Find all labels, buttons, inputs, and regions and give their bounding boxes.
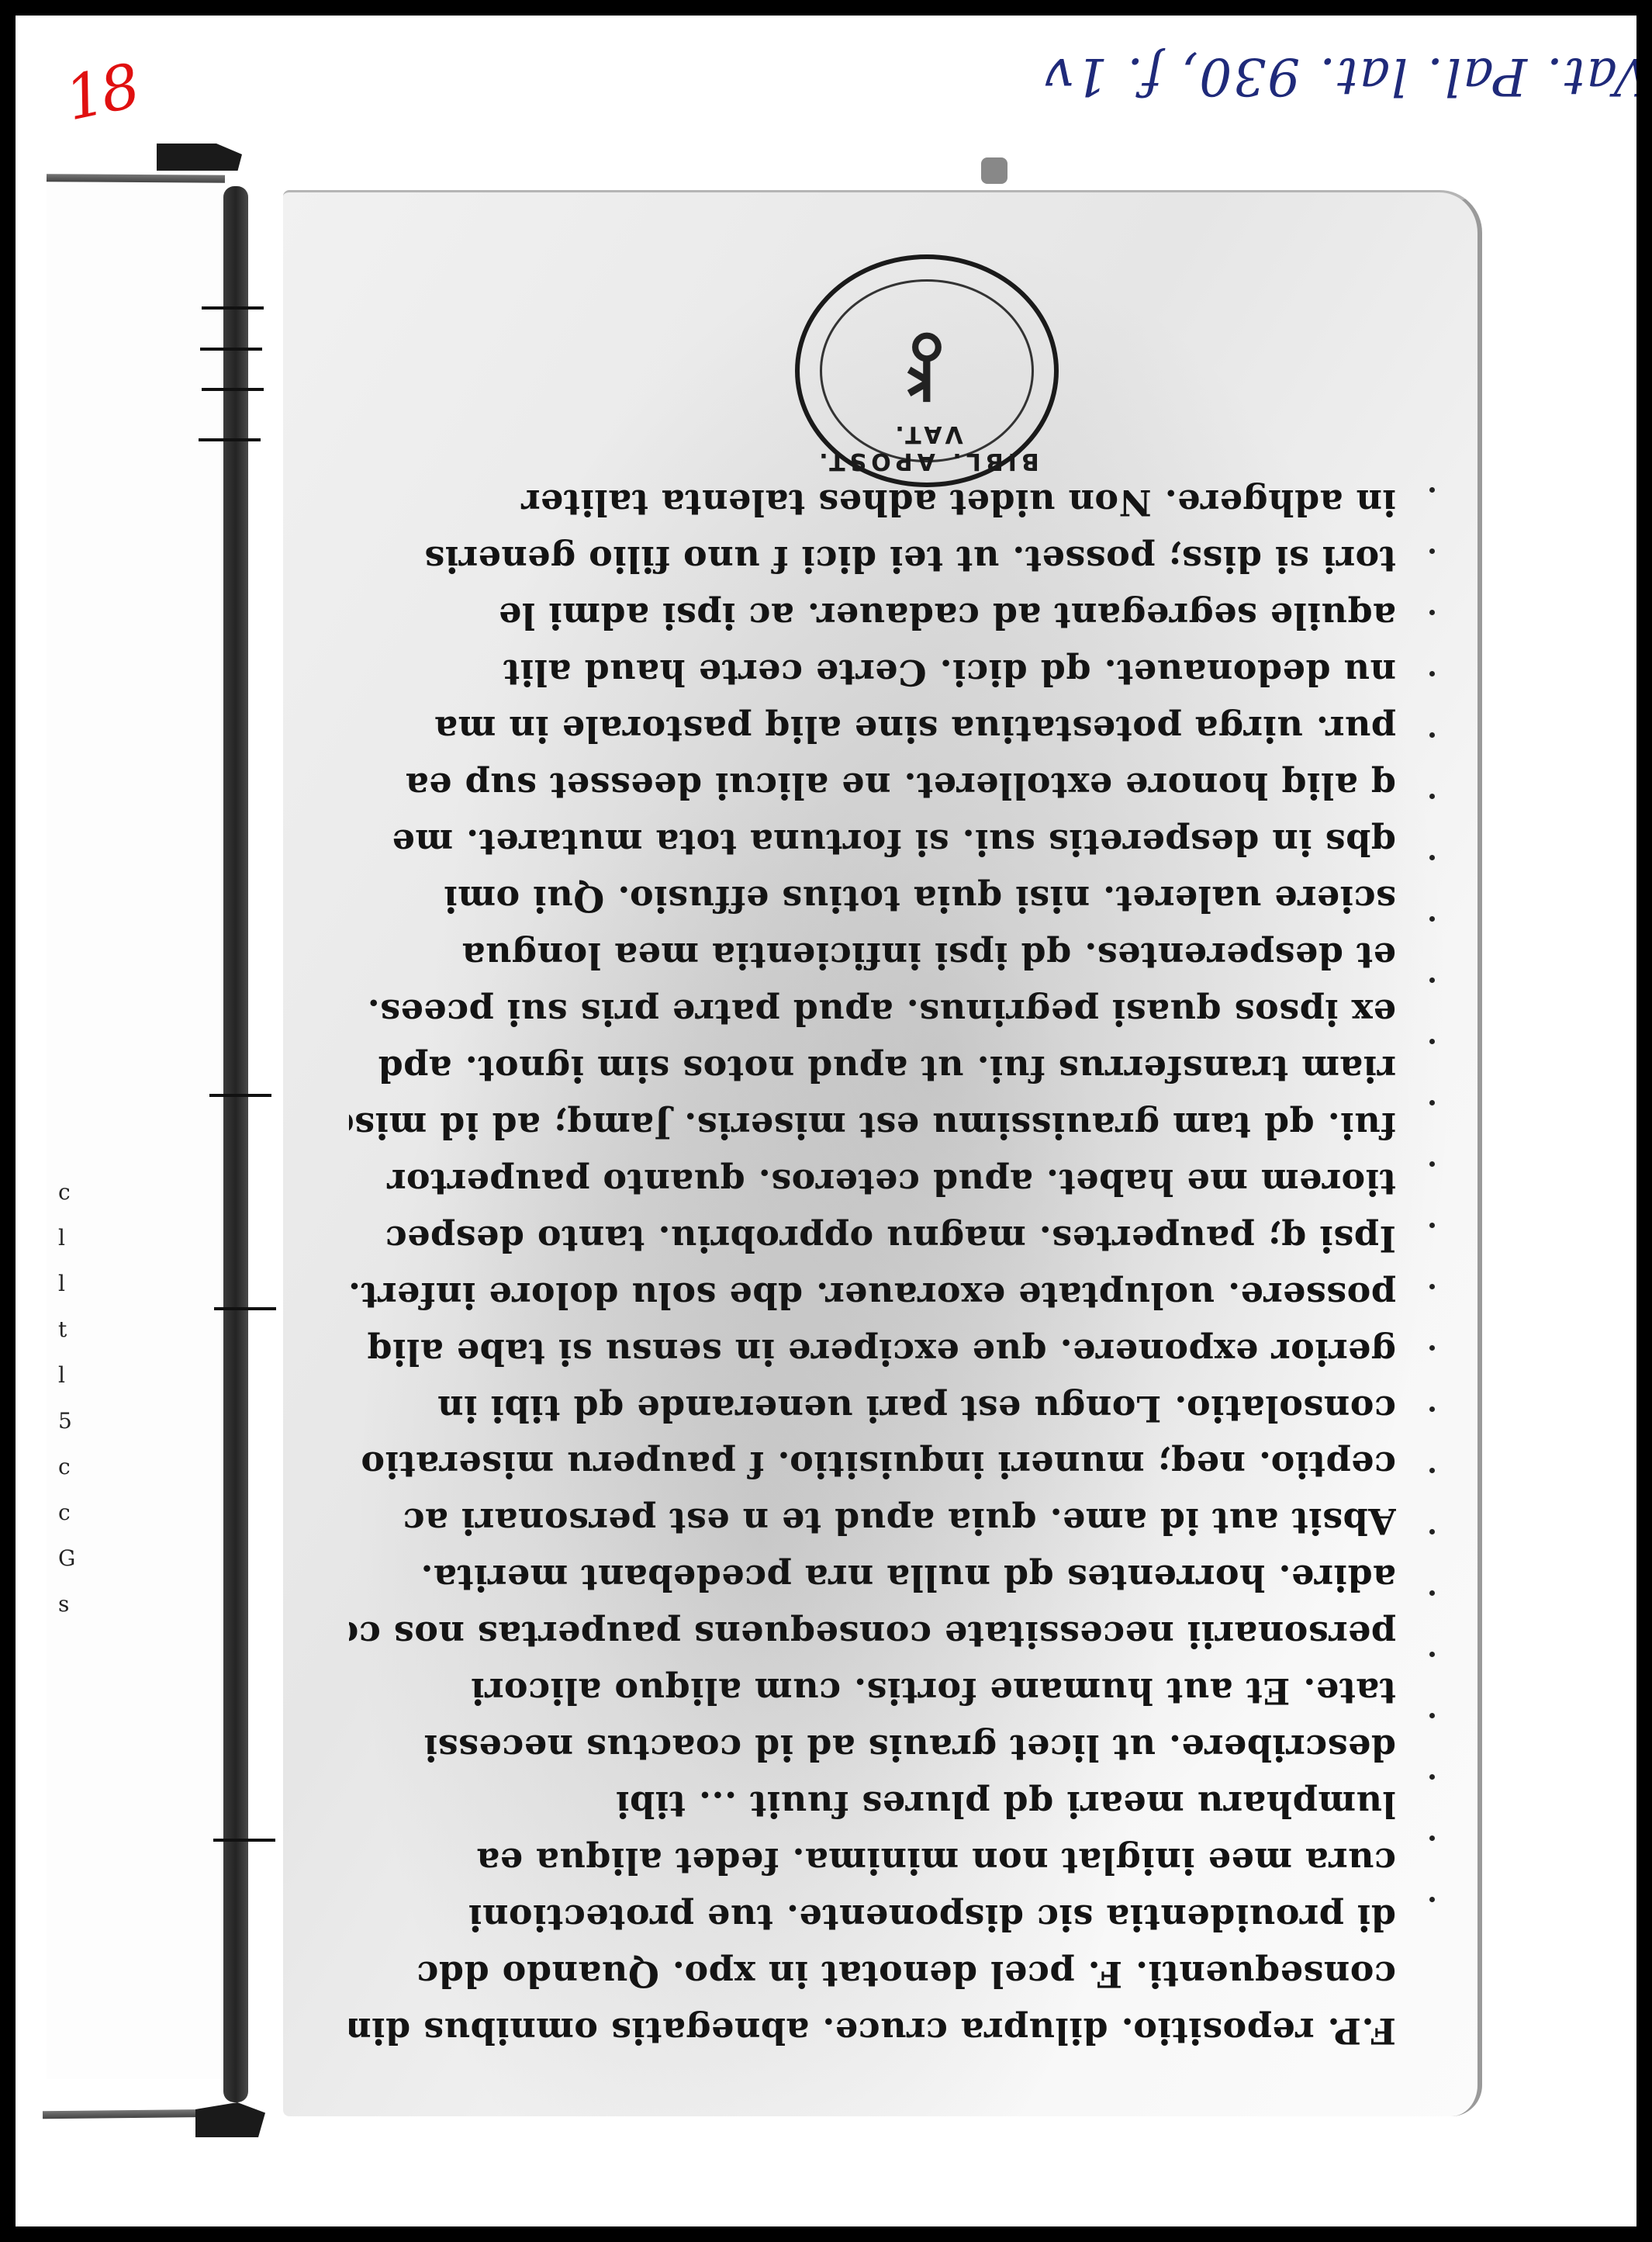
margin-mark: c bbox=[58, 1179, 81, 1205]
prick-mark bbox=[1429, 1223, 1435, 1228]
prick-mark bbox=[1429, 1161, 1435, 1167]
sewing-thread bbox=[200, 348, 262, 351]
text-line: F.P. repositio. dilupra cruce. abnegatis… bbox=[349, 2008, 1396, 2054]
prick-mark bbox=[1429, 610, 1435, 615]
left-margin-marks: c l l t l 5 c c G s bbox=[58, 1179, 81, 1617]
prick-mark bbox=[1429, 1774, 1435, 1780]
prick-mark bbox=[1429, 1835, 1435, 1841]
prick-mark bbox=[1429, 487, 1435, 493]
sewing-thread bbox=[199, 438, 261, 441]
margin-mark: s bbox=[58, 1591, 81, 1617]
facing-leaf bbox=[47, 178, 229, 2079]
prick-mark bbox=[1429, 1590, 1435, 1596]
text-line: riam transferrus fui. ut apud notos sim … bbox=[349, 1046, 1396, 1092]
text-line: pur. uirga potestatiua sine aliq pastora… bbox=[349, 706, 1396, 753]
text-line: personarii necessitate consequens pauper… bbox=[349, 1611, 1396, 1658]
crossed-keys-icon: ⚷ bbox=[896, 321, 959, 420]
prick-mark bbox=[1429, 794, 1435, 799]
binding-clasp-bottom bbox=[195, 2102, 265, 2137]
prick-mark bbox=[1429, 977, 1435, 983]
text-line: adire. horrentes qd nulla nra pcedebant … bbox=[349, 1555, 1396, 1601]
text-line: ex ipsos quasi pegrinus. apud patre pris… bbox=[349, 989, 1396, 1036]
binding-spine bbox=[223, 186, 248, 2102]
prick-mark bbox=[1429, 671, 1435, 676]
text-line: et desperentes. qd ipsi inficientia mea … bbox=[349, 932, 1396, 979]
sewing-thread bbox=[213, 1839, 275, 1842]
prick-mark bbox=[1429, 1406, 1435, 1412]
prick-mark bbox=[1429, 732, 1435, 738]
binding-clasp-top bbox=[157, 144, 242, 171]
text-line: ceptio. neq; muneri inquisitio. f pauper… bbox=[349, 1441, 1396, 1488]
sewing-thread bbox=[202, 388, 264, 391]
manuscript-text-block: F.P. repositio. dilupra cruce. abnegatis… bbox=[349, 479, 1396, 2054]
text-line: di prouidentia sic disponente. tue prote… bbox=[349, 1894, 1396, 1941]
text-line: tori si diss; posset. ut tei dici f uno … bbox=[349, 536, 1396, 583]
prick-mark bbox=[1429, 1713, 1435, 1718]
text-line: cura mee iniglat non minima. fedet aliqu… bbox=[349, 1838, 1396, 1884]
margin-mark: c bbox=[58, 1500, 81, 1525]
prick-mark bbox=[1429, 916, 1435, 922]
text-line: gerior exponere. que excipere in sensu s… bbox=[349, 1329, 1396, 1375]
prick-mark bbox=[1429, 548, 1435, 554]
prick-mark bbox=[1429, 1652, 1435, 1657]
text-line: Absit aut id ame. quia apud te n est per… bbox=[349, 1498, 1396, 1545]
text-line: possere. uoluptate exorauer. dbe solu do… bbox=[349, 1272, 1396, 1319]
prick-mark bbox=[1429, 1897, 1435, 1902]
manuscript-leaf: BIBL. APOST. VAT. ⚷ bbox=[283, 190, 1482, 2116]
text-line: tate. Et aut humane fortis. cum aliquo a… bbox=[349, 1668, 1396, 1714]
binding-board-bottom bbox=[43, 2109, 221, 2119]
prick-mark bbox=[1429, 1529, 1435, 1534]
sewing-thread bbox=[214, 1307, 276, 1310]
prick-mark bbox=[1429, 1039, 1435, 1044]
page-tab bbox=[981, 157, 1007, 184]
folio-number-annotation: 18 bbox=[60, 51, 143, 134]
text-line: describere. ut licet grauis ad id coactu… bbox=[349, 1725, 1396, 1771]
margin-mark: l bbox=[58, 1225, 81, 1251]
margin-mark: l bbox=[58, 1362, 81, 1388]
prick-mark bbox=[1429, 1100, 1435, 1105]
library-stamp: BIBL. APOST. VAT. ⚷ bbox=[795, 254, 1059, 487]
text-line: Ipsi q; paupertes. magnu opprobriu. tant… bbox=[349, 1216, 1396, 1262]
sewing-thread bbox=[202, 306, 264, 310]
prick-mark bbox=[1429, 1345, 1435, 1351]
margin-mark: G bbox=[58, 1545, 81, 1571]
text-line: tiorem me habet. apud ceteros. quanto pa… bbox=[349, 1159, 1396, 1206]
text-line: nu dedonauet. qd dici. Certe certe haud … bbox=[349, 649, 1396, 696]
margin-mark: t bbox=[58, 1316, 81, 1342]
text-line: qbs in desperetis sui. si fortuna tota m… bbox=[349, 819, 1396, 866]
text-line: aquile segregant ad cadauer. ac ipsi adm… bbox=[349, 593, 1396, 639]
binding-board-top bbox=[47, 174, 225, 183]
text-line: sciere ualeret. nisi quia totius effusio… bbox=[349, 876, 1396, 922]
text-line: lumpharu meari qd plures fuuit ... tibi bbox=[349, 1781, 1396, 1828]
prick-mark bbox=[1429, 1468, 1435, 1473]
prick-mark bbox=[1429, 1284, 1435, 1289]
text-line: consequenti. F. pcel denotat in xpo. Qua… bbox=[349, 1951, 1396, 1998]
pricking-marks bbox=[1429, 487, 1435, 1902]
shelfmark-annotation: Vat. Pal. lat. 930, f. 1v bbox=[1043, 47, 1636, 106]
text-line: q aliq honore extolleret. ne alicui dees… bbox=[349, 763, 1396, 809]
margin-mark: c bbox=[58, 1454, 81, 1479]
photograph-sheet: 18 Vat. Pal. lat. 930, f. 1v c l l t l 5… bbox=[16, 16, 1636, 2226]
margin-mark: 5 bbox=[58, 1408, 81, 1434]
sewing-thread bbox=[209, 1094, 271, 1097]
stamp-legend: BIBL. APOST. VAT. bbox=[800, 420, 1054, 475]
margin-mark: l bbox=[58, 1271, 81, 1296]
prick-mark bbox=[1429, 855, 1435, 860]
text-line: in adhgere. Non uidet adhes talenta tali… bbox=[349, 479, 1396, 526]
text-line: consolatio. Longu est pari uenerande qd … bbox=[349, 1386, 1396, 1432]
text-line: fui. qd tam grauissimu est miseris. Jamq… bbox=[349, 1102, 1396, 1149]
